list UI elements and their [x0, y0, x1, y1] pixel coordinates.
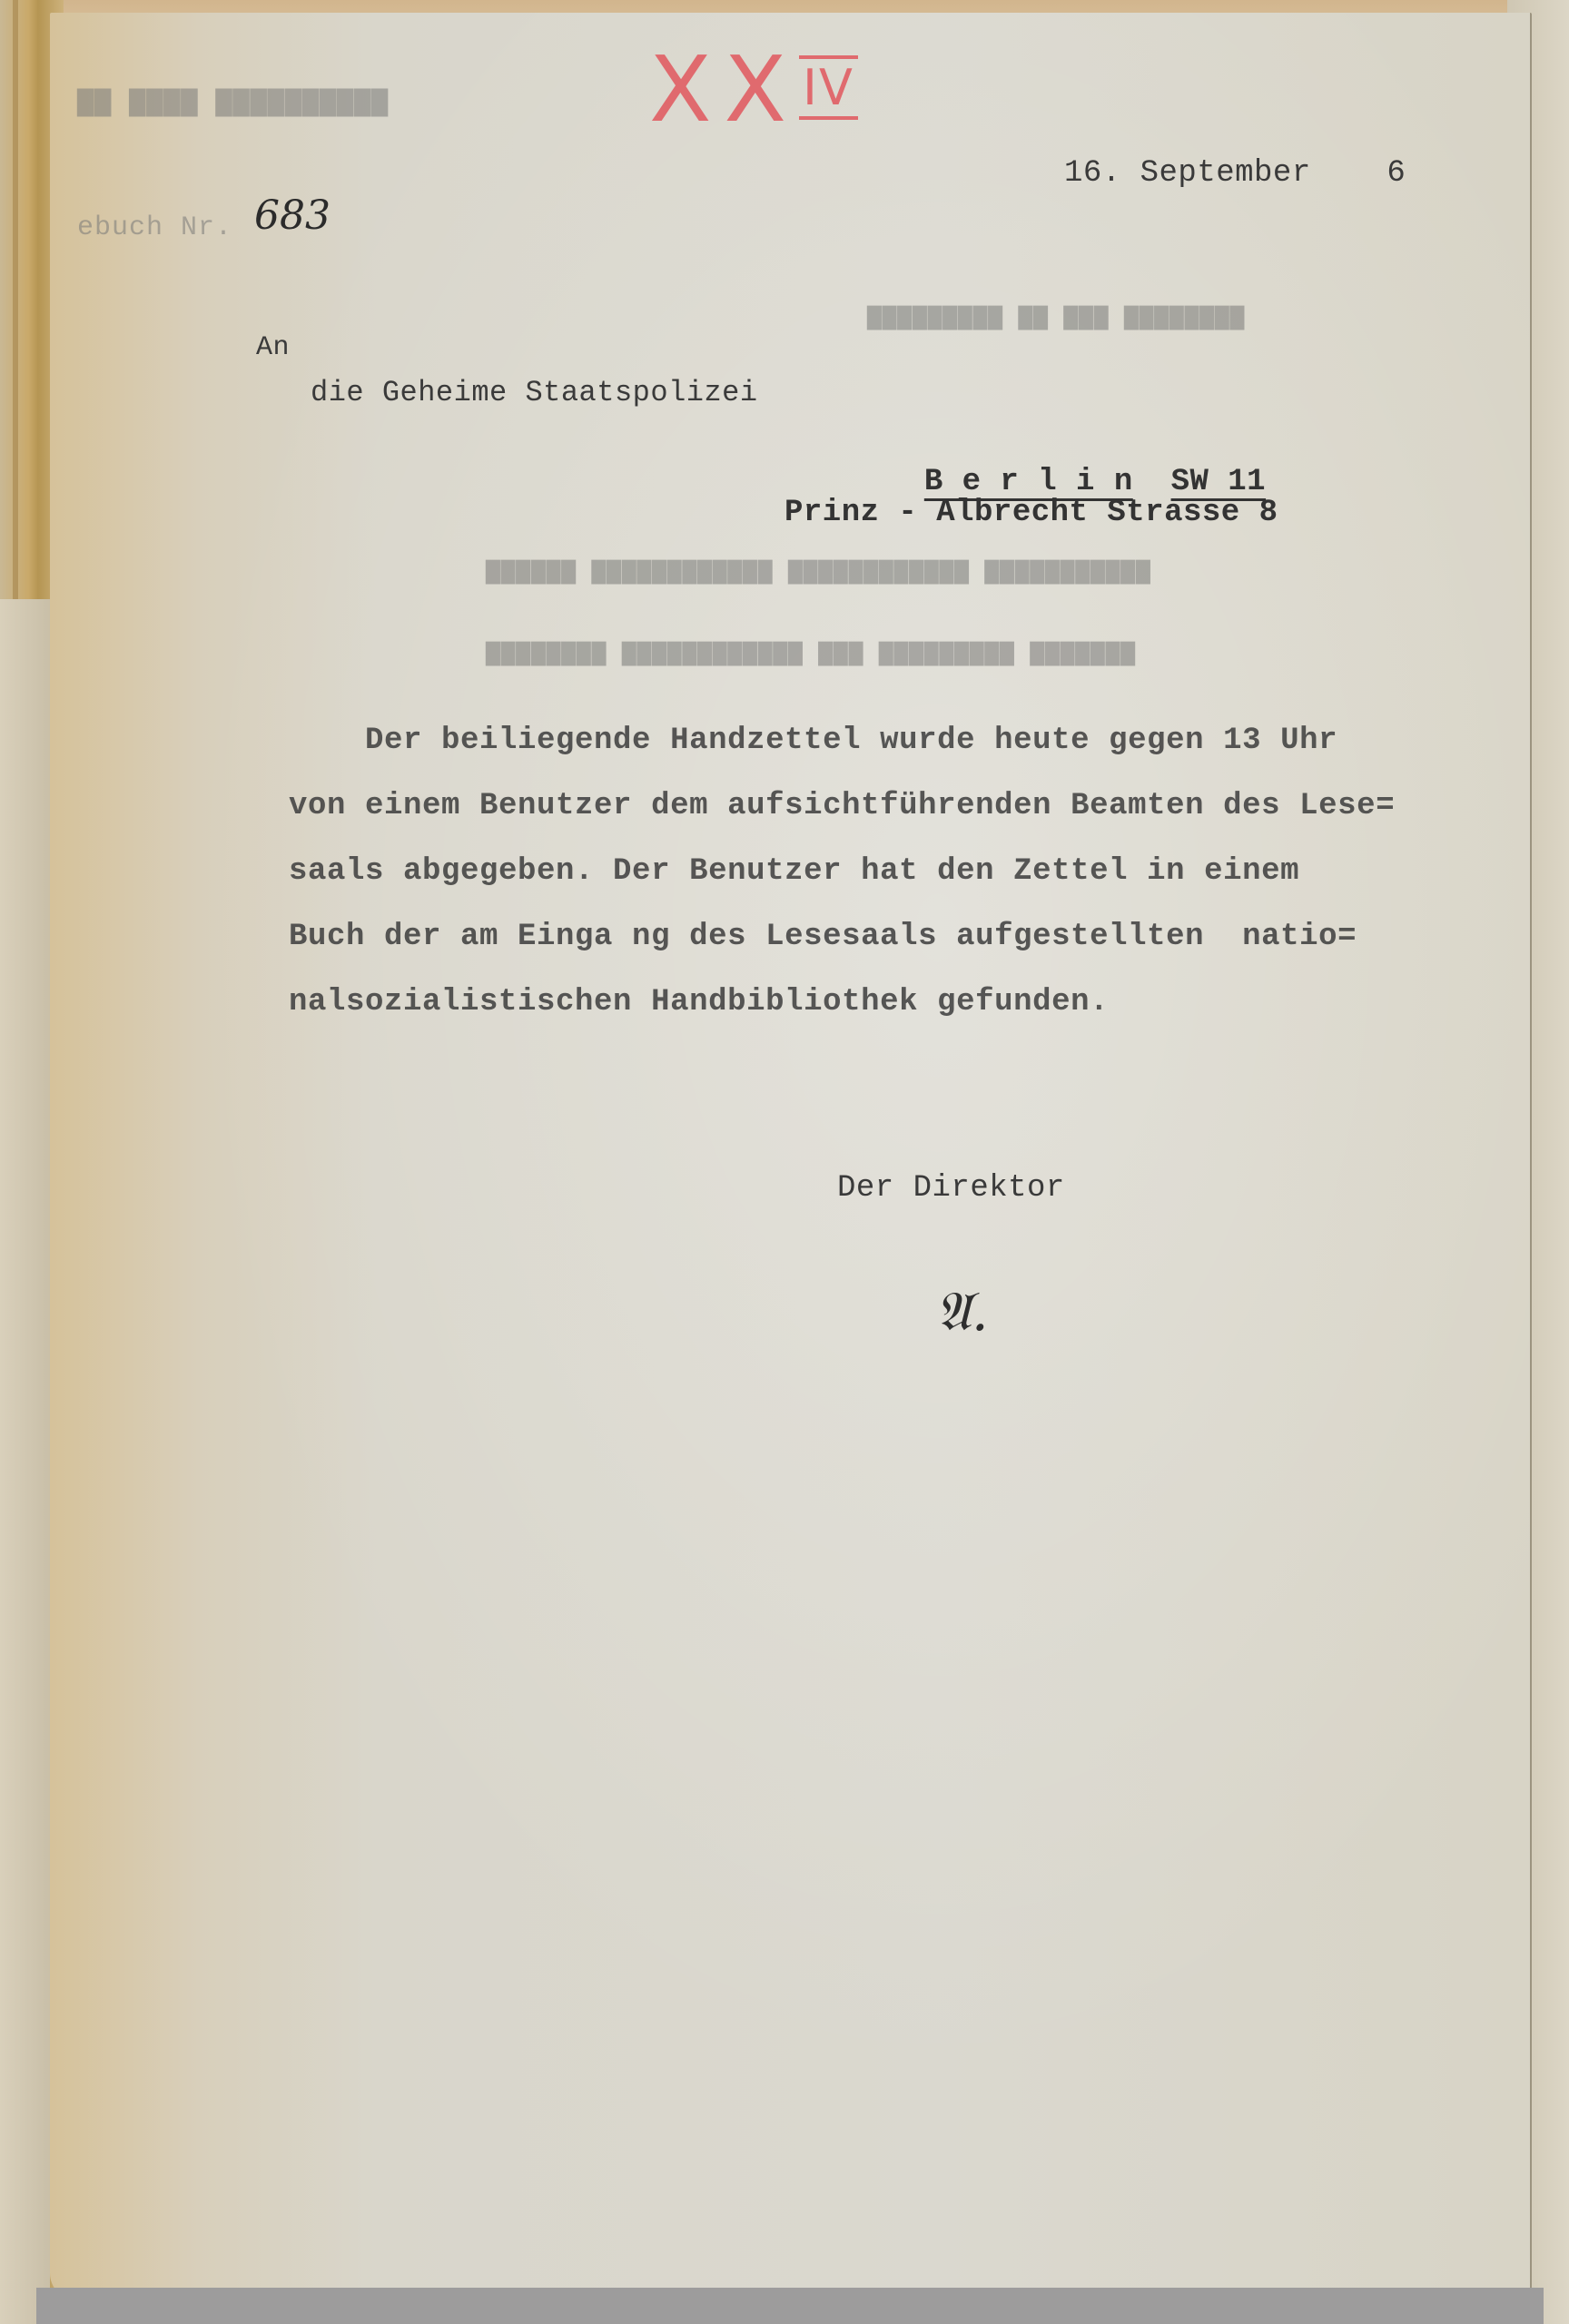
- salutation: An: [256, 332, 290, 363]
- body-line: nalsozialistischen Handbibliothek gefund…: [289, 970, 1496, 1035]
- recipient-city: B e r l i n: [924, 465, 1133, 499]
- letter-date: 16. September 6: [1064, 156, 1406, 191]
- body-line: von einem Benutzer dem aufsichtführenden…: [289, 773, 1496, 839]
- signature-initial: 𝔄.: [935, 1280, 989, 1344]
- folder-lower-sheet: [0, 599, 50, 2324]
- red-annotation-main: XX: [649, 36, 799, 143]
- red-pencil-annotation: XXIV: [649, 36, 858, 143]
- showthrough-text: ▇▇ ▇▇▇▇ ▇▇▇▇▇▇▇▇▇▇: [77, 85, 389, 119]
- closing-title: Der Direktor: [837, 1171, 1065, 1206]
- page-bottom-background: [36, 2288, 1544, 2324]
- letter-body: Der beiliegende Handzettel wurde heute g…: [289, 708, 1496, 1035]
- red-annotation-sub: IV: [799, 55, 858, 120]
- showthrough-text: ▇▇▇▇▇▇▇▇ ▇▇▇▇▇▇▇▇▇▇▇▇ ▇▇▇ ▇▇▇▇▇▇▇▇▇ ▇▇▇▇…: [486, 639, 1136, 667]
- showthrough-text: ▇▇▇▇▇▇▇▇▇ ▇▇ ▇▇▇ ▇▇▇▇▇▇▇▇: [867, 303, 1245, 331]
- body-line: Der beiliegende Handzettel wurde heute g…: [289, 708, 1496, 773]
- recipient-name: die Geheime Staatspolizei: [311, 376, 758, 409]
- showthrough-reference: ebuch Nr.: [77, 212, 232, 243]
- handwritten-reference-number: 683: [254, 192, 331, 239]
- showthrough-text: ▇▇▇▇▇▇ ▇▇▇▇▇▇▇▇▇▇▇▇ ▇▇▇▇▇▇▇▇▇▇▇▇ ▇▇▇▇▇▇▇…: [486, 557, 1151, 586]
- recipient-city-line: B e r l i n SW 11: [886, 430, 1266, 499]
- body-line: saals abgegeben. Der Benutzer hat den Ze…: [289, 839, 1496, 904]
- recipient-street: Prinz - Albrecht Strasse 8: [784, 496, 1278, 530]
- body-line: Buch der am Einga ng des Lesesaals aufge…: [289, 904, 1496, 970]
- recipient-district: SW 11: [1171, 465, 1267, 499]
